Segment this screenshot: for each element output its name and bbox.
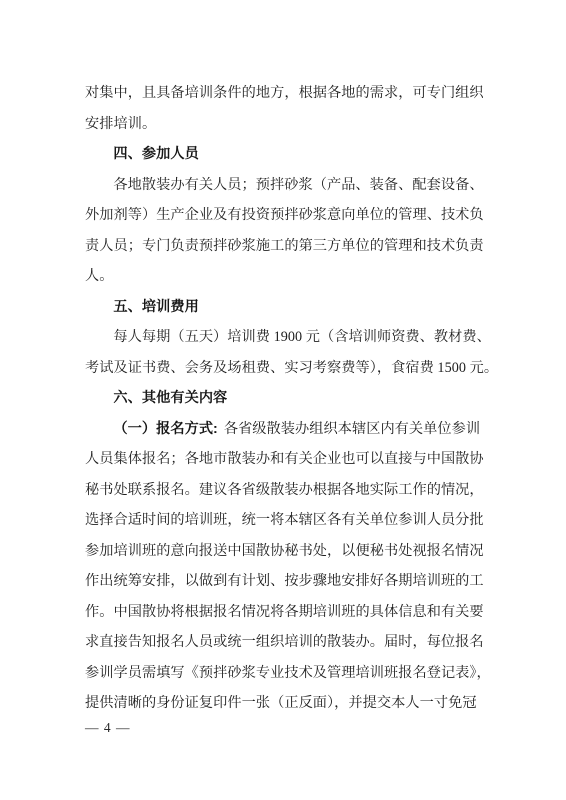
- document-page: 对集中，且具备培训条件的地方，根据各地的需求，可专门组织 安排培训。 四、参加人…: [0, 0, 566, 800]
- section-6-item-1-label: （一）报名方式:: [113, 421, 217, 437]
- section-6-item-1: （一）报名方式:各省级散装办组织本辖区内有关单位参训 人员集体报名；各地市散装办…: [85, 414, 525, 719]
- section-5-body: 每人每期（五天）培训费 1900 元（含培训师资费、教材费、 考试及证书费、会务…: [85, 322, 525, 383]
- continuation-paragraph: 对集中，且具备培训条件的地方，根据各地的需求，可专门组织 安排培训。: [85, 78, 525, 139]
- section-4-body: 各地散装办有关人员；预拌砂浆（产品、装备、配套设备、 外加剂等）生产企业及有投资…: [85, 170, 525, 292]
- text-column: 对集中，且具备培训条件的地方，根据各地的需求，可专门组织 安排培训。 四、参加人…: [85, 78, 525, 719]
- page-number: — 4 —: [85, 720, 131, 736]
- section-6-item-1-body: 各省级散装办组织本辖区内有关单位参训 人员集体报名；各地市散装办和有关企业也可以…: [85, 421, 491, 712]
- section-6-heading: 六、其他有关内容: [85, 383, 525, 414]
- section-4-heading: 四、参加人员: [85, 139, 525, 170]
- section-5-heading: 五、培训费用: [85, 292, 525, 323]
